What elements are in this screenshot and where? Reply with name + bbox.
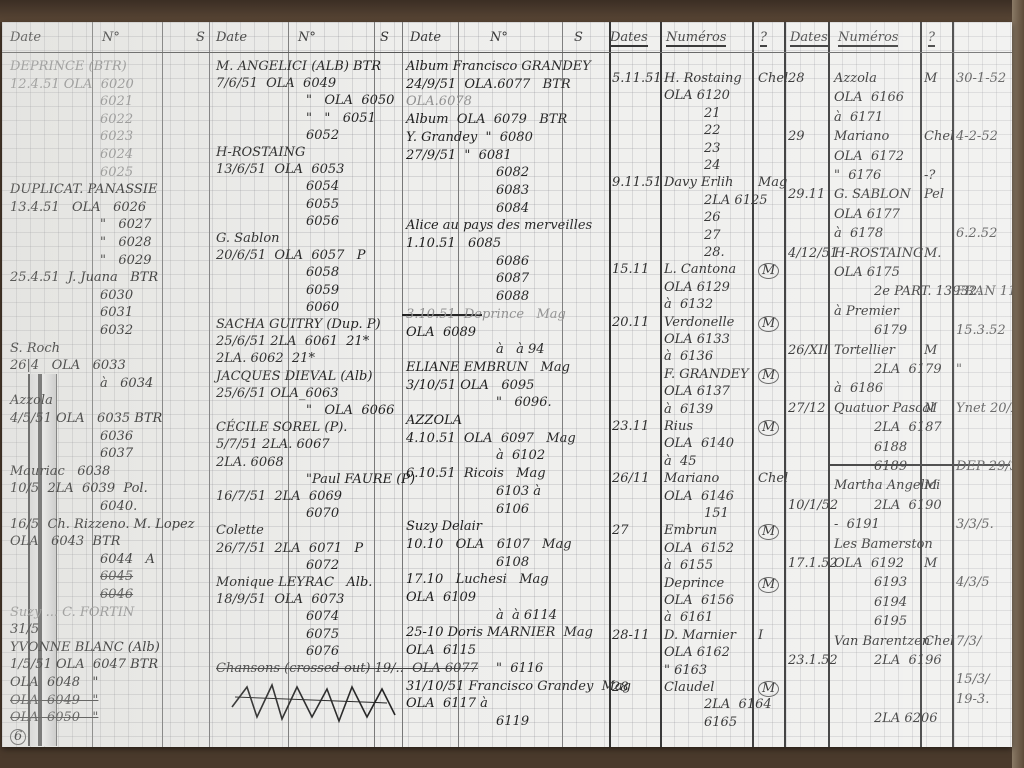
entry-sign: Chel bbox=[924, 130, 954, 144]
entry-date: 17.1.52 bbox=[788, 557, 838, 571]
entry-text: à 6132 bbox=[664, 298, 713, 312]
entry-return-date: 19-3. bbox=[956, 693, 989, 707]
ledger-entry: 4.10.51 OLA 6097 Mag bbox=[406, 432, 576, 446]
table-surface-top bbox=[0, 0, 1024, 22]
entry-text: Mariano bbox=[834, 130, 889, 144]
entry-text: Verdonelle bbox=[664, 316, 734, 330]
entry-text: 21 bbox=[704, 107, 721, 121]
ledger-entry: 31/10/51 Francisco Grandey Mag bbox=[406, 680, 631, 694]
entry-text: 6195 bbox=[874, 615, 907, 629]
entry-return-date: " bbox=[956, 363, 962, 377]
entry-sign: M. bbox=[924, 247, 941, 261]
entry-date: 23.1.52 bbox=[788, 654, 838, 668]
entry-text: OLA 6146 bbox=[664, 490, 734, 504]
header-no-1: N° bbox=[102, 30, 120, 45]
entry-text: 6188 bbox=[874, 441, 907, 455]
entry-date: 20.11 bbox=[612, 316, 649, 330]
ledger-entry: 6040. bbox=[100, 500, 137, 514]
header-date-2: Date bbox=[216, 30, 247, 45]
entry-sign: Chel bbox=[758, 72, 788, 86]
ledger-entry: à 6034 bbox=[100, 377, 153, 391]
entry-return-date: 4/3/5 bbox=[956, 576, 990, 590]
ledger-entry: 6072 bbox=[306, 559, 339, 573]
entry-text: OLA 6152 bbox=[664, 542, 734, 556]
header-no-3: N° bbox=[490, 30, 508, 45]
entry-text: H. Rostaing bbox=[664, 72, 742, 86]
ledger-entry: OLA 6117 à bbox=[406, 697, 488, 711]
ledger-entry: 25-10 Doris MARNIER Mag bbox=[406, 626, 593, 640]
entry-date: 5.11.51 bbox=[612, 72, 662, 86]
entry-text: Van Barentzen bbox=[834, 635, 930, 649]
entry-text: Deprince bbox=[664, 577, 724, 591]
ledger-entry: 7/6/51 OLA 6049 bbox=[216, 77, 336, 91]
ledger-entry: à 6102 bbox=[496, 449, 545, 463]
entry-text: à 6155 bbox=[664, 559, 713, 573]
entry-sign: M bbox=[758, 263, 779, 279]
entry-text: à 6186 bbox=[834, 382, 883, 396]
ledger-entry: OLA 6043 BTR bbox=[10, 535, 120, 549]
ledger-entry: 6084 bbox=[496, 202, 529, 216]
entry-sign: M bbox=[924, 479, 937, 493]
entry-text: OLA 6120 bbox=[664, 89, 730, 103]
entry-text: - 6191 bbox=[834, 518, 880, 532]
ledger-entry: 6103 à bbox=[496, 485, 541, 499]
ledger-entry: " OLA 6066 bbox=[306, 404, 394, 418]
binder-strip bbox=[28, 374, 57, 746]
ledger-entry: S. Roch bbox=[10, 342, 60, 356]
entry-text: 6179 bbox=[874, 324, 907, 338]
ledger-entry: 2LA. 6062 21* bbox=[216, 352, 315, 366]
entry-text: OLA 6192 bbox=[834, 557, 904, 571]
ledger-entry: 6037 bbox=[100, 447, 133, 461]
crossed-out-entry-scribble bbox=[227, 677, 402, 727]
entry-text: Davy Erlih bbox=[664, 176, 733, 190]
ledger-entry: 26|4 OLA 6033 bbox=[10, 359, 126, 373]
entry-text: OLA 6175 bbox=[834, 266, 900, 280]
ledger-entry: 6082 bbox=[496, 166, 529, 180]
entry-sign: M bbox=[758, 524, 779, 540]
ledger-entry: DUPLICAT. PANASSIE bbox=[10, 183, 157, 197]
ledger-entry: 25/6/51 2LA 6061 21* bbox=[216, 335, 369, 349]
ledger-entry: 1.10.51 6085 bbox=[406, 237, 501, 251]
entry-return-date: 7/3/ bbox=[956, 635, 981, 649]
header-no-2: N° bbox=[298, 30, 316, 45]
header-s-1: S bbox=[196, 30, 205, 45]
ledger-entry: 6055 bbox=[306, 198, 339, 212]
entry-text: OLA 6140 bbox=[664, 437, 734, 451]
entry-text: Mariano bbox=[664, 472, 719, 486]
ledger-entry: CÉCILE SOREL (P). bbox=[216, 421, 347, 435]
ledger-entry: 6075 bbox=[306, 628, 339, 642]
header-date-3: Date bbox=[410, 30, 441, 45]
ledger-entry: OLA 6089 bbox=[406, 326, 476, 340]
entry-text: Claudel bbox=[664, 681, 714, 695]
entry-sign: M bbox=[758, 316, 779, 332]
ledger-entry: Alice au pays des merveilles bbox=[406, 219, 592, 233]
entry-return-date: FRAN 11/2/52 bbox=[956, 285, 1012, 299]
ledger-entry: 6032 bbox=[100, 324, 133, 338]
entry-text: Embrun bbox=[664, 524, 717, 538]
ledger-entry: Azzola bbox=[10, 394, 53, 408]
ledger-entry: OLA 6115 bbox=[406, 644, 476, 658]
entry-return-date: Ynet 20/2/5 bbox=[956, 402, 1012, 416]
entry-text: 2LA 6187 bbox=[874, 421, 942, 435]
entry-text: Rius bbox=[664, 420, 693, 434]
ledger-entry: 6.10.51 Ricois Mag bbox=[406, 467, 546, 481]
ledger-entry: " 6027 bbox=[100, 218, 151, 232]
entry-sign: -? bbox=[924, 169, 935, 183]
ledger-entry: DEPRINCE (BTR) bbox=[10, 60, 127, 74]
header-s-4: ? bbox=[760, 30, 767, 47]
ledger-entry: 1/5/51 OLA 6047 BTR bbox=[10, 658, 158, 672]
ledger-entry: 25/6/51 OLA_6063 bbox=[216, 387, 339, 401]
ledger-entry: ELIANE EMBRUN Mag bbox=[406, 361, 570, 375]
entry-date: 27 bbox=[612, 524, 629, 538]
entry-date: 10/1/52 bbox=[788, 499, 838, 513]
entry-return-date: 30-1-52 bbox=[956, 72, 1006, 86]
entry-text: à Premier bbox=[834, 305, 899, 319]
entry-date: 28-11 bbox=[612, 629, 649, 643]
entry-return-date: 15/3/ bbox=[956, 673, 990, 687]
entry-date: 4/12/51 bbox=[788, 247, 838, 261]
entry-text: Tortellier bbox=[834, 344, 895, 358]
ledger-entry: 3.10.51 Deprince Mag bbox=[406, 308, 566, 322]
entry-text: 6189 bbox=[874, 460, 907, 474]
entry-text: 6193 bbox=[874, 576, 907, 590]
ledger-entry: 6044 A bbox=[100, 553, 155, 567]
ledger-entry: 2LA. 6068 bbox=[216, 456, 284, 470]
entry-sign: M bbox=[924, 557, 937, 571]
entry-sign: Mag bbox=[758, 176, 787, 190]
entry-text: à 6139 bbox=[664, 403, 713, 417]
header-s-5: ? bbox=[928, 30, 935, 47]
ledger-entry: 6036 bbox=[100, 430, 133, 444]
ledger-entry: 6076 bbox=[306, 645, 339, 659]
entry-text: à 45 bbox=[664, 455, 697, 469]
ledger-entry: 10/5 2LA 6039 Pol. bbox=[10, 482, 148, 496]
ledger-entry: OLA 6048 " bbox=[10, 676, 98, 690]
entry-text: H-ROSTAING bbox=[834, 247, 923, 261]
entry-text: OLA 6137 bbox=[664, 385, 730, 399]
entry-date: 26/11 bbox=[612, 472, 649, 486]
ledger-entry: 6023 bbox=[100, 130, 133, 144]
ledger-entry: G. Sablon bbox=[216, 232, 280, 246]
ledger-entry: OLA.6078 bbox=[406, 95, 472, 109]
ledger-entry: 10.10 OLA 6107 Mag bbox=[406, 538, 572, 552]
entry-text: " 6176 bbox=[834, 169, 881, 183]
ledger-entry: 25.4.51 J. Juana BTR bbox=[10, 271, 158, 285]
ledger-entry: Suzy Delair bbox=[406, 520, 482, 534]
entry-text: OLA 6177 bbox=[834, 208, 900, 222]
ledger-entry: 6031 bbox=[100, 306, 133, 320]
entry-text: 26 bbox=[704, 211, 721, 225]
entry-text: 2LA 6196 bbox=[874, 654, 942, 668]
ledger-entry: 4/5/51 OLA 6035 BTR bbox=[10, 412, 162, 426]
ledger-entry: 6059 bbox=[306, 284, 339, 298]
entry-text: 2LA 6164 bbox=[704, 698, 772, 712]
entry-sign: Chel bbox=[758, 472, 788, 486]
entry-text: 2LA 6125 bbox=[704, 194, 768, 208]
header-date-1: Date bbox=[10, 30, 41, 45]
entry-text: à 6136 bbox=[664, 350, 713, 364]
ledger-entry: à à 94 bbox=[496, 343, 545, 357]
ledger-entry: 6054 bbox=[306, 180, 339, 194]
entry-text: à 6171 bbox=[834, 111, 883, 125]
entry-sign: M bbox=[758, 577, 779, 593]
ledger-entry: H-ROSTAING bbox=[216, 146, 305, 160]
ledger-entry: OLA 6109 bbox=[406, 591, 476, 605]
ledger-entry: JACQUES DIEVAL (Alb) bbox=[216, 370, 372, 384]
ledger-entry: 6030 bbox=[100, 289, 133, 303]
ledger-entry: Album Francisco GRANDEY bbox=[406, 60, 591, 74]
ledger-entry: à à 6114 bbox=[496, 609, 557, 623]
ledger-entry: Colette bbox=[216, 524, 264, 538]
entry-text: 6165 bbox=[704, 716, 737, 730]
ledger-entry: 16/5 Ch. Rizzeno. M. Lopez bbox=[10, 518, 195, 532]
ledger-entry: SACHA GUITRY (Dup. P) bbox=[216, 318, 381, 332]
ledger-entry: " 6096. bbox=[496, 396, 552, 410]
header-no-5: Numéros bbox=[838, 30, 898, 47]
ledger-entry: 6021 bbox=[100, 95, 133, 109]
ledger-entry: " 6028 bbox=[100, 236, 151, 250]
ledger-entry: "Paul FAURE (P) bbox=[306, 473, 415, 487]
ledger-entry: 6060 bbox=[306, 301, 339, 315]
entry-text: OLA 6166 bbox=[834, 91, 904, 105]
entry-return-date: DEP 29/3/5 bbox=[956, 460, 1012, 474]
entry-text: 151 bbox=[704, 507, 729, 521]
ledger-entry: 31/5 bbox=[10, 623, 39, 637]
entry-text: OLA 6129 bbox=[664, 281, 730, 295]
ledger-entry: 17.10 Luchesi Mag bbox=[406, 573, 549, 587]
ledger-entry: 12.4.51 OLA 6020 bbox=[10, 78, 134, 92]
ledger-entry: 13/6/51 OLA 6053 bbox=[216, 163, 344, 177]
header-s-2: S bbox=[380, 30, 389, 45]
entry-text: Azzola bbox=[834, 72, 877, 86]
entry-text: à 6161 bbox=[664, 611, 713, 625]
entry-text: 23 bbox=[704, 142, 721, 156]
ledger-entry: 6052 bbox=[306, 129, 339, 143]
entry-sign: I bbox=[758, 629, 763, 643]
ledger-entry: Mauriac 6038 bbox=[10, 465, 110, 479]
entry-date: 23.11 bbox=[612, 420, 649, 434]
header-no-4: Numéros bbox=[666, 30, 726, 47]
ledger-entry: 27/9/51 " 6081 bbox=[406, 149, 512, 163]
ledger-entry: 6074 bbox=[306, 610, 339, 624]
ledger-entry: Album OLA 6079 BTR bbox=[406, 113, 567, 127]
entry-text: 2LA 6206 bbox=[874, 712, 938, 726]
entry-return-date: 15.3.52 bbox=[956, 324, 1006, 338]
ledger-entry: 13.4.51 OLA 6026 bbox=[10, 201, 146, 215]
ledger-entry: YVONNE BLANC (Alb) bbox=[10, 641, 160, 655]
ledger-entry: 26/7/51 2LA 6071 P bbox=[216, 542, 363, 556]
ledger-sheet: Date N° S Date N° S Date N° S Dates Numé… bbox=[2, 22, 1012, 747]
entry-text: OLA 6162 bbox=[664, 646, 730, 660]
entry-date: 15.11 bbox=[612, 263, 649, 277]
header-s-3: S bbox=[574, 30, 583, 45]
entry-return-date: 6.2.52 bbox=[956, 227, 997, 241]
header-date-4: Dates bbox=[610, 30, 648, 47]
ledger-entry: OLA 6049 " bbox=[10, 694, 98, 708]
ledger-entry: 5/7/51 2LA. 6067 bbox=[216, 438, 330, 452]
entry-text: 27 bbox=[704, 229, 721, 243]
ledger-entry: Chansons (crossed out) 19/.. OLA 6077 bbox=[216, 662, 478, 676]
entry-sign: M bbox=[758, 420, 779, 436]
entry-date: 9.11.51 bbox=[612, 176, 662, 190]
ledger-entry: 6045 bbox=[100, 570, 133, 584]
ledger-entry: 6083 bbox=[496, 184, 529, 198]
entry-text: D. Marnier bbox=[664, 629, 736, 643]
ledger-entry: 6070 bbox=[306, 507, 339, 521]
ledger-entry: M. ANGELICI (ALB) BTR bbox=[216, 60, 381, 74]
ledger-entry: " 6116 bbox=[496, 662, 543, 676]
ledger-entry: 6119 bbox=[496, 715, 529, 729]
entry-return-date: 4-2-52 bbox=[956, 130, 998, 144]
entry-text: 28. bbox=[704, 246, 725, 260]
ledger-entry: 6086 bbox=[496, 255, 529, 269]
ledger-entry: 6046 bbox=[100, 588, 133, 602]
entry-date: 26/XII bbox=[788, 344, 828, 358]
entry-date: 29.11 bbox=[788, 188, 825, 202]
ledger-entry: 6106 bbox=[496, 503, 529, 517]
ledger-entry: AZZOLA bbox=[406, 414, 462, 428]
ledger-entry: 24/9/51 OLA.6077 BTR bbox=[406, 78, 571, 92]
entry-sign: Chel bbox=[924, 635, 954, 649]
ledger-entry: Y. Grandey " 6080 bbox=[406, 131, 533, 145]
entry-text: OLA 6133 bbox=[664, 333, 730, 347]
entry-text: F. GRANDEY bbox=[664, 368, 749, 382]
entry-return-date: 3/3/5. bbox=[956, 518, 994, 532]
ledger-entry: 20/6/51 OLA 6057 P bbox=[216, 249, 366, 263]
ledger-entry: 6087 bbox=[496, 272, 529, 286]
entry-text: 2LA 6179 bbox=[874, 363, 942, 377]
entry-text: " 6163 bbox=[664, 664, 707, 678]
entry-date: 27/12 bbox=[788, 402, 825, 416]
ledger-entry: " 6029 bbox=[100, 254, 151, 268]
entry-text: Quatuor Pascal bbox=[834, 402, 934, 416]
entry-text: G. SABLON bbox=[834, 188, 911, 202]
entry-text: 6194 bbox=[874, 596, 907, 610]
entry-sign: M bbox=[924, 344, 937, 358]
entry-text: 24 bbox=[704, 159, 721, 173]
entry-text: à 6178 bbox=[834, 227, 883, 241]
entry-sign: M bbox=[924, 402, 937, 416]
entry-text: OLA 6156 bbox=[664, 594, 734, 608]
entry-sign: M bbox=[758, 681, 779, 697]
header-date-5: Dates bbox=[790, 30, 828, 47]
entry-date: 29 bbox=[788, 130, 805, 144]
entry-sign: M bbox=[758, 368, 779, 384]
ledger-entry: " " 6051 bbox=[306, 112, 376, 126]
ledger-entry: 6025 bbox=[100, 166, 133, 180]
entry-text: 2LA 6190 bbox=[874, 499, 942, 513]
ledger-entry: 6056 bbox=[306, 215, 339, 229]
ledger-entry: 6058 bbox=[306, 266, 339, 280]
ledger-entry: Suzy ... C. FORTIN bbox=[10, 606, 134, 620]
ledger-entry: 6022 bbox=[100, 113, 133, 127]
ledger-entry: 3/10/51 OLA 6095 bbox=[406, 379, 534, 393]
ledger-entry: 6088 bbox=[496, 290, 529, 304]
ledger-entry: 18/9/51 OLA 6073 bbox=[216, 593, 344, 607]
ledger-entry: 6024 bbox=[100, 148, 133, 162]
ledger-entry: 16/7/51 2LA 6069 bbox=[216, 490, 342, 504]
ledger-entry: 6 bbox=[10, 729, 26, 745]
entry-date: 28 bbox=[788, 72, 805, 86]
entry-text: OLA 6172 bbox=[834, 150, 904, 164]
entry-sign: Pel bbox=[924, 188, 944, 202]
ledger-entry: " OLA 6050 bbox=[306, 94, 394, 108]
ledger-entry: Monique LEYRAC Alb. bbox=[216, 576, 372, 590]
ledger-entry: OLA 6050 " bbox=[10, 711, 98, 725]
ledger-entry: 6108 bbox=[496, 556, 529, 570]
entry-sign: M bbox=[924, 72, 937, 86]
entry-text: L. Cantona bbox=[664, 263, 736, 277]
entry-date: 28 bbox=[612, 681, 629, 695]
entry-text: Les Bamerston bbox=[834, 538, 933, 552]
table-surface-right bbox=[1012, 0, 1024, 768]
entry-text: 22 bbox=[704, 124, 721, 138]
